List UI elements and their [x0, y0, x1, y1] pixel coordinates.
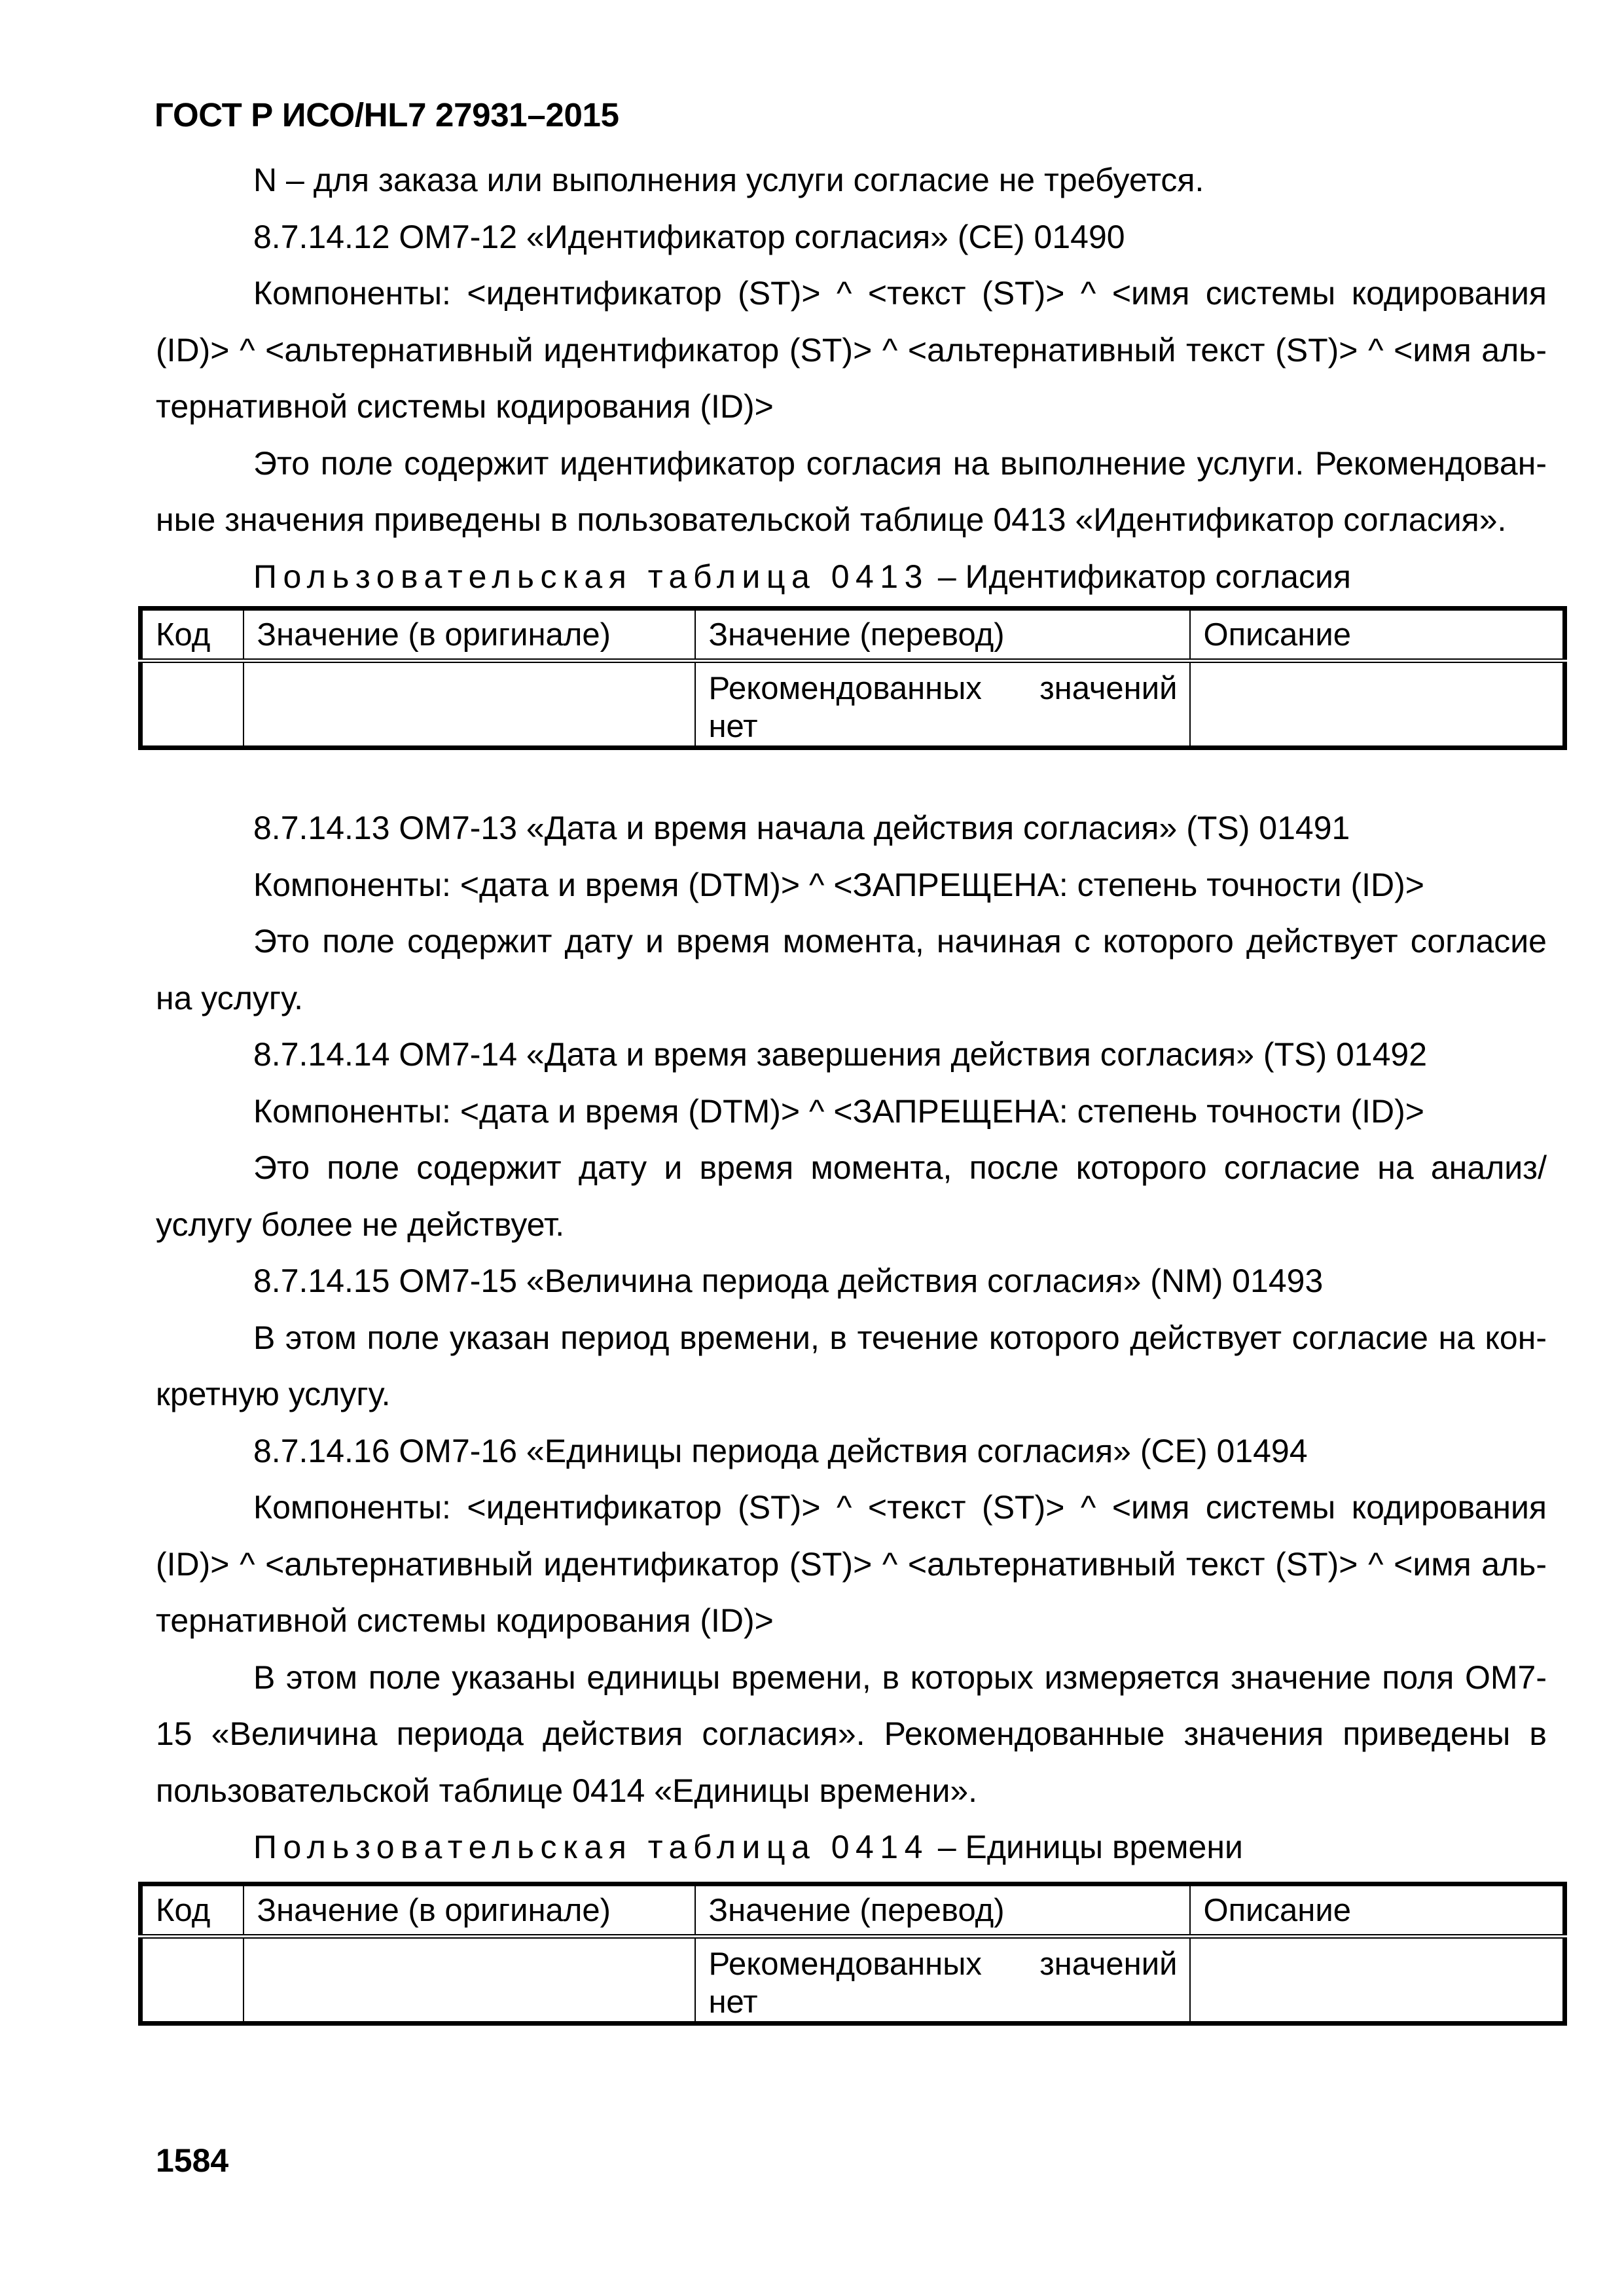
field-heading-om7-14: 8.7.14.14 OM7-14 «Дата и время завершени… [156, 1026, 1547, 1083]
table-0414-container: Код Значение (в оригинале) Значение (пер… [138, 1882, 1562, 2026]
field-heading-om7-13: 8.7.14.13 OM7-13 «Дата и время начала де… [156, 800, 1547, 857]
caption-dash: – [929, 1829, 965, 1865]
cell-code [141, 661, 244, 748]
column-header-translation: Значение (перевод) [695, 609, 1190, 661]
cell-translation: Рекомендованных значенийнет [695, 1937, 1190, 2024]
caption-dash: – [929, 558, 965, 595]
cell-translation-line1: Рекомендованных значений [709, 670, 1178, 708]
paragraph: N – для заказа или выполнения услуги сог… [156, 152, 1547, 209]
document-page: ГОСТ Р ИСО/HL7 27931–2015 N – для заказа… [0, 0, 1624, 2296]
paragraph: Компоненты: <идентификатор (ST)> ^ <текс… [156, 265, 1547, 435]
running-header: ГОСТ Р ИСО/HL7 27931–2015 [154, 96, 619, 135]
cell-translation-line2: нет [709, 1984, 758, 2020]
column-header-description: Описание [1190, 1884, 1565, 1937]
cell-original [244, 1937, 695, 2024]
caption-title: Единицы времени [965, 1829, 1243, 1865]
column-header-original: Значение (в оригинале) [244, 1884, 695, 1937]
section-b: 8.7.14.13 OM7-13 «Дата и время начала де… [156, 800, 1547, 1876]
cell-description [1190, 661, 1565, 748]
table-0414: Код Значение (в оригинале) Значение (пер… [138, 1882, 1567, 2026]
field-heading-om7-16: 8.7.14.16 OM7-16 «Единицы периода действ… [156, 1423, 1547, 1480]
caption-label: Пользовательская таблица 0413 [253, 558, 929, 595]
paragraph: Компоненты: <дата и время (DTM)> ^ <ЗАПР… [156, 857, 1547, 914]
field-heading-om7-12: 8.7.14.12 OM7-12 «Идентификатор согласия… [156, 209, 1547, 266]
cell-translation-line2: нет [709, 709, 758, 744]
column-header-code: Код [141, 1884, 244, 1937]
column-header-code: Код [141, 609, 244, 661]
table-0413: Код Значение (в оригинале) Значение (пер… [138, 606, 1567, 750]
paragraph: Компоненты: <дата и время (DTM)> ^ <ЗАПР… [156, 1083, 1547, 1140]
caption-label: Пользовательская таблица 0414 [253, 1829, 929, 1865]
field-heading-om7-15: 8.7.14.15 OM7-15 «Величина периода дейст… [156, 1253, 1547, 1310]
cell-translation: Рекомендованных значенийнет [695, 661, 1190, 748]
paragraph: Это поле содержит идентификатор согласия… [156, 435, 1547, 548]
table-row: Рекомендованных значенийнет [141, 661, 1565, 748]
paragraph: В этом поле указан период времени, в теч… [156, 1310, 1547, 1423]
cell-translation-line1: Рекомендованных значений [709, 1945, 1178, 1983]
table-row: Рекомендованных значенийнет [141, 1937, 1565, 2024]
table-caption-0413: Пользовательская таблица 0413 – Идентифи… [156, 548, 1547, 605]
paragraph: В этом поле указаны единицы времени, в к… [156, 1649, 1547, 1820]
caption-title: Идентификатор согласия [965, 558, 1351, 595]
cell-code [141, 1937, 244, 2024]
paragraph: Это поле содержит дату и время момента, … [156, 1139, 1547, 1253]
cell-original [244, 661, 695, 748]
table-caption-0414: Пользовательская таблица 0414 – Единицы … [156, 1819, 1547, 1876]
table-header-row: Код Значение (в оригинале) Значение (пер… [141, 1884, 1565, 1937]
column-header-description: Описание [1190, 609, 1565, 661]
column-header-original: Значение (в оригинале) [244, 609, 695, 661]
paragraph: Компоненты: <идентификатор (ST)> ^ <текс… [156, 1479, 1547, 1649]
column-header-translation: Значение (перевод) [695, 1884, 1190, 1937]
page-number: 1584 [156, 2141, 228, 2180]
table-0413-container: Код Значение (в оригинале) Значение (пер… [138, 606, 1562, 750]
section-a: N – для заказа или выполнения услуги сог… [156, 152, 1547, 605]
paragraph: Это поле содержит дату и время момента, … [156, 913, 1547, 1026]
cell-description [1190, 1937, 1565, 2024]
table-header-row: Код Значение (в оригинале) Значение (пер… [141, 609, 1565, 661]
